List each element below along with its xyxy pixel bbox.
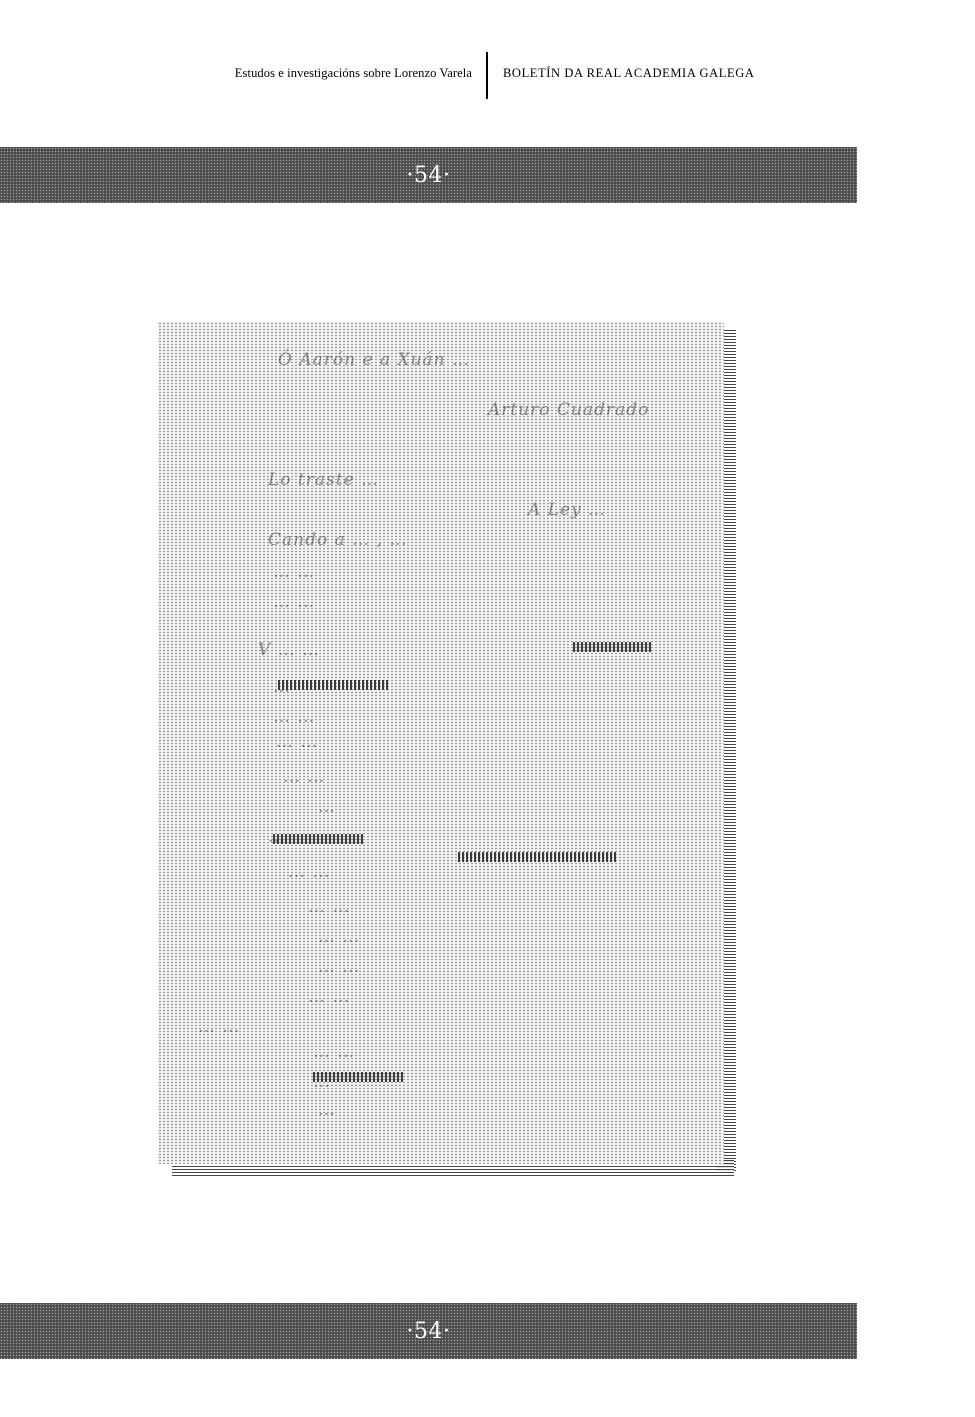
- manuscript-line: Lo traste …: [268, 470, 379, 490]
- manuscript-strikethrough: [313, 1072, 403, 1082]
- page-number-top: ·54·: [407, 163, 451, 188]
- bottom-page-band: ·54·: [0, 1303, 857, 1359]
- manuscript-line: … …: [318, 957, 360, 977]
- manuscript-line: Ó Aarón e a Xuán …: [278, 350, 470, 370]
- manuscript-line: … …: [273, 562, 315, 582]
- manuscript-line: … …: [288, 862, 330, 882]
- running-header: Estudos e investigacións sobre Lorenzo V…: [0, 52, 975, 100]
- journal-title: BOLETÍN DA REAL ACADEMIA GALEGA: [503, 66, 754, 81]
- manuscript-line: Cando a … , …: [268, 530, 407, 550]
- manuscript-line: V … …: [258, 640, 320, 660]
- manuscript-strikethrough: [278, 680, 388, 690]
- manuscript-line: … …: [273, 707, 315, 727]
- manuscript-strikethrough: [458, 852, 618, 862]
- manuscript-facsimile: Ó Aarón e a Xuán … Arturo Cuadrado Lo tr…: [158, 322, 724, 1164]
- manuscript-strikethrough: [273, 834, 363, 844]
- manuscript-strikethrough: [573, 642, 653, 652]
- manuscript-line: … …: [313, 1042, 355, 1062]
- manuscript-line: … …: [308, 897, 350, 917]
- series-title: Estudos e investigacións sobre Lorenzo V…: [235, 66, 472, 81]
- manuscript-line: …: [318, 797, 336, 817]
- header-divider: [486, 52, 488, 99]
- page-number-bottom: ·54·: [407, 1319, 451, 1344]
- manuscript-line: Arturo Cuadrado: [488, 400, 649, 420]
- manuscript-line: … …: [308, 987, 350, 1007]
- manuscript-line: … …: [198, 1017, 240, 1037]
- manuscript-line: … …: [283, 767, 325, 787]
- manuscript-line: A Ley …: [528, 500, 606, 520]
- manuscript-line: … …: [273, 592, 315, 612]
- manuscript-line: … …: [318, 927, 360, 947]
- manuscript-line: …: [318, 1100, 336, 1120]
- manuscript-line: … …: [276, 732, 318, 752]
- top-page-band: ·54·: [0, 147, 857, 203]
